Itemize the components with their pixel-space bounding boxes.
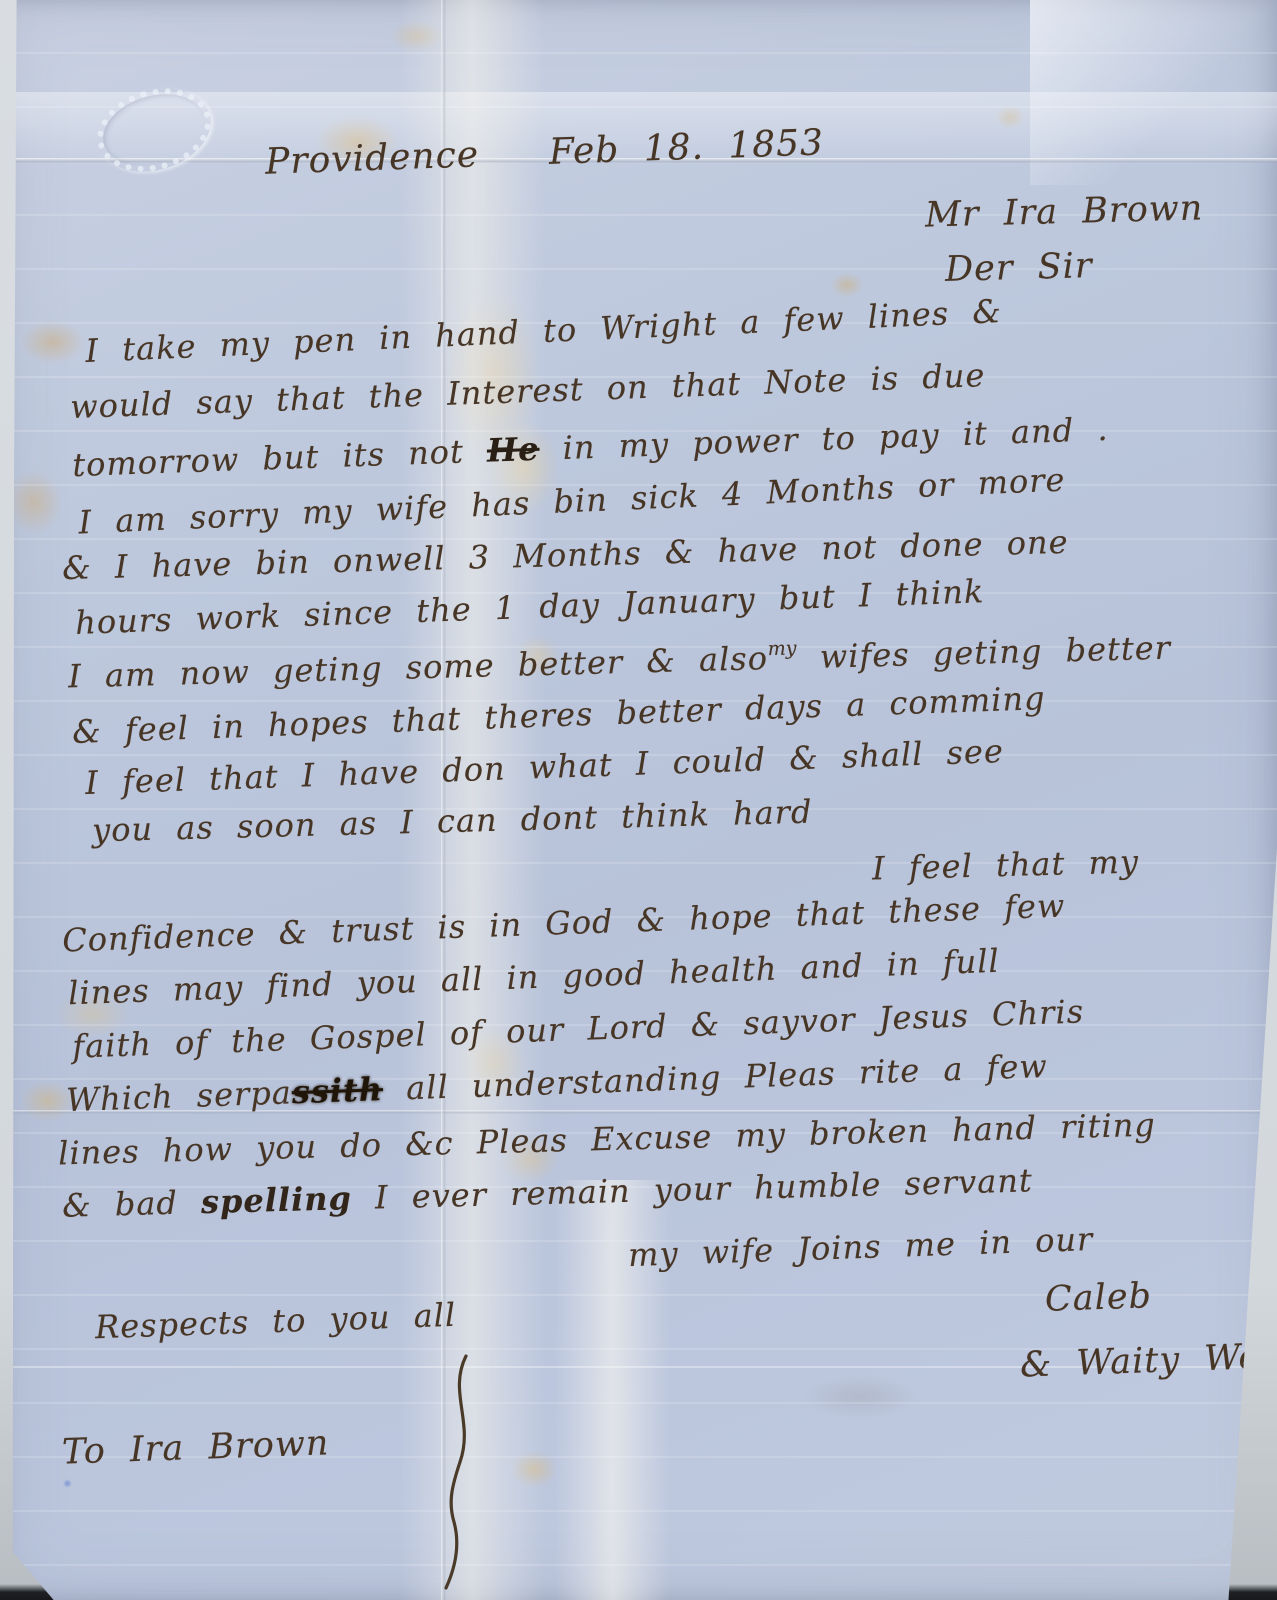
body-line-15-blotted-word: ssith <box>291 1070 384 1111</box>
vertical-fold-crease <box>441 0 446 1600</box>
body-line-7-pre: I am now geting some better & also <box>68 639 769 695</box>
signature-name-2: & Waity Weaver <box>1019 1334 1277 1385</box>
address-line: To Ira Brown <box>61 1423 330 1472</box>
dateline-date: Feb 18. 1853 <box>548 122 824 173</box>
body-line-18: my wife Joins me in our <box>627 1220 1093 1274</box>
body-line-17: & bad spelling I ever remain your humble… <box>62 1161 1034 1224</box>
dateline-gap <box>479 164 549 166</box>
body-line-1: I take my pen in hand to Wright a few li… <box>85 292 1003 370</box>
body-line-7-post: wifes geting better <box>796 629 1171 677</box>
body-line-17-bold-word: spelling <box>200 1179 352 1221</box>
recipient-line: Mr Ira Brown <box>925 188 1204 235</box>
body-line-11: I feel that my <box>872 843 1140 888</box>
body-line-17-post: I ever remain your humble servant <box>351 1161 1033 1217</box>
body-line-3-post: in my power to pay it and . <box>539 410 1109 468</box>
body-line-15-pre: Which serpa <box>66 1073 293 1119</box>
body-line-3-pre: tomorrow but its not <box>72 432 488 484</box>
closing-left-line: Respects to you all <box>94 1296 456 1347</box>
body-line-17-pre: & bad <box>62 1183 202 1225</box>
dateline: ProvidenceFeb 18. 1853 <box>264 122 824 182</box>
body-line-2: would say that the Interest on that Note… <box>70 356 986 426</box>
letter-paper: ProvidenceFeb 18. 1853 Mr Ira Brown Der … <box>0 0 1277 1600</box>
embossed-seal-icon <box>87 76 221 185</box>
body-line-7-superscript: my <box>767 637 796 660</box>
salutation-line: Der Sir <box>945 246 1094 290</box>
brace-flourish-icon <box>428 1352 488 1592</box>
dateline-place: Providence <box>264 134 479 182</box>
body-line-10: you as soon as I can dont think hard <box>92 793 813 850</box>
signature-name-1: Caleb <box>1044 1276 1152 1320</box>
body-line-3-struck-word: He <box>486 430 540 470</box>
body-line-15-post: all understanding Pleas rite a few <box>382 1047 1048 1108</box>
